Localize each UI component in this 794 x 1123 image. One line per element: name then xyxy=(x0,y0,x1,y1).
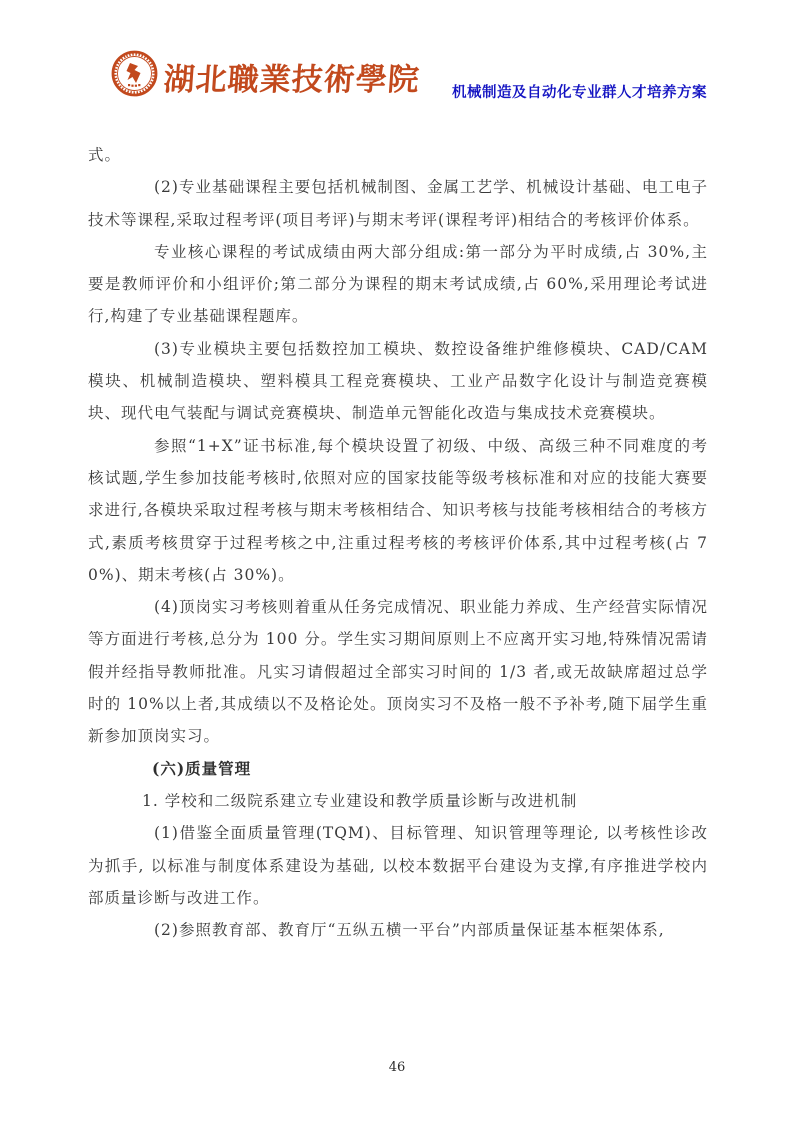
body-paragraph: (2)参照教育部、教育厅“五纵五横一平台”内部质量保证基本框架体系, xyxy=(88,914,708,946)
body-paragraph: (4)顶岗实习考核则着重从任务完成情况、职业能力养成、生产经营实际情况等方面进行… xyxy=(88,591,708,752)
page-footer: 46 xyxy=(0,1060,794,1075)
page-number: 46 xyxy=(389,1060,406,1075)
body-paragraph: 参照“1+X”证书标准,每个模块设置了初级、中级、高级三种不同难度的考核试题,学… xyxy=(88,430,708,591)
body-paragraph: 1. 学校和二级院系建立专业建设和教学质量诊断与改进机制 xyxy=(88,785,708,817)
body-paragraph: (1)借鉴全面质量管理(TQM)、目标管理、知识管理等理论, 以考核性诊改为抓手… xyxy=(88,817,708,914)
page-header: 湖北職業技術學院 机械制造及自动化专业群人才培养方案 xyxy=(0,0,794,120)
document-body: 式。(2)专业基础课程主要包括机械制图、金属工艺学、机械设计基础、电工电子技术等… xyxy=(88,139,708,946)
body-paragraph: (3)专业模块主要包括数控加工模块、数控设备维护维修模块、CAD/CAM模块、机… xyxy=(88,333,708,430)
school-seal-icon xyxy=(111,50,158,97)
document-page: 湖北職業技術學院 机械制造及自动化专业群人才培养方案 式。(2)专业基础课程主要… xyxy=(0,0,794,1123)
school-name-calligraphy: 湖北職業技術學院 xyxy=(162,54,421,99)
section-heading: (六)质量管理 xyxy=(88,753,708,785)
body-paragraph: 式。 xyxy=(88,139,708,171)
document-header-title: 机械制造及自动化专业群人才培养方案 xyxy=(452,81,707,102)
body-paragraph: (2)专业基础课程主要包括机械制图、金属工艺学、机械设计基础、电工电子技术等课程… xyxy=(88,171,708,236)
body-paragraph: 专业核心课程的考试成绩由两大部分组成:第一部分为平时成绩,占 30%,主要是教师… xyxy=(88,236,708,333)
